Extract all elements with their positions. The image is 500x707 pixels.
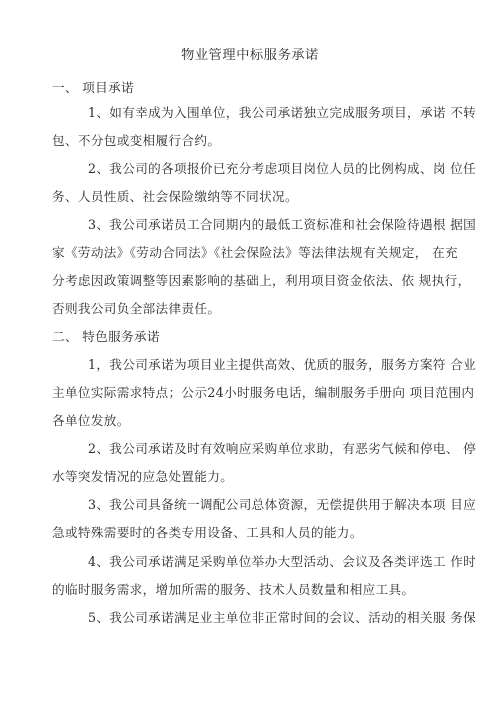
document-page: 物业管理中标服务承诺 一、 项目承诺 1、如有幸成为入围单位，我公司承诺独立完成…	[0, 0, 500, 707]
paragraph-line: 2、我公司的各项报价已充分考虑项目岗位人员的比例构成、岗 位任	[88, 161, 438, 177]
paragraph-line: 1，我公司承诺为项目业主提供高效、优质的服务，服务方案符 合业	[88, 357, 438, 373]
paragraph-line: 5、我公司承诺满足业主单位非正常时间的会议、活动的相关服 务保	[88, 610, 438, 626]
paragraph-line: 的临时服务需求，增加所需的服务、技术人员数量和相应工具。	[52, 582, 438, 598]
paragraph-line: 主单位实际需求特点；公示24小时服务电话，编制服务手册向 项目范围内	[52, 385, 438, 401]
paragraph-line: 家《劳动法》《劳动合同法》《社会保险法》等法律法规有关规定， 在充	[52, 245, 438, 261]
paragraph-line: 3、我公司具备统一调配公司总体资源，无偿提供用于解决本项 目应	[88, 497, 438, 513]
paragraph-line: 4、我公司承诺满足采购单位举办大型活动、会议及各类评选工 作时	[88, 554, 438, 570]
paragraph-line: 急或特殊需要时的各类专用设备、工具和人员的能力。	[52, 525, 438, 541]
paragraph-line: 各单位发放。	[52, 413, 438, 429]
paragraph-line: 3、我公司承诺员工合同期内的最低工资标准和社会保险待遇根 据国	[88, 217, 438, 233]
paragraph-line: 1、如有幸成为入围单位，我公司承诺独立完成服务项目，承诺 不转	[88, 105, 438, 121]
paragraph-line: 包、不分包或变相履行合约。	[52, 133, 438, 149]
section-heading-special-service-commitment: 二、 特色服务承诺	[52, 329, 438, 345]
paragraph-line: 分考虑因政策调整等因素影响的基础上，利用项目资金依法、依 规执行，	[52, 273, 438, 289]
paragraph-line: 水等突发情况的应急处置能力。	[52, 469, 438, 485]
section-heading-project-commitment: 一、 项目承诺	[52, 80, 438, 96]
paragraph-line: 务、人员性质、社会保险缴纳等不同状况。	[52, 189, 438, 205]
paragraph-line: 否则我公司负全部法律责任。	[52, 301, 438, 317]
paragraph-line: 2、我公司承诺及时有效响应采购单位求助，有恶劣气候和停电、 停	[88, 441, 438, 457]
document-title: 物业管理中标服务承诺	[0, 48, 500, 64]
